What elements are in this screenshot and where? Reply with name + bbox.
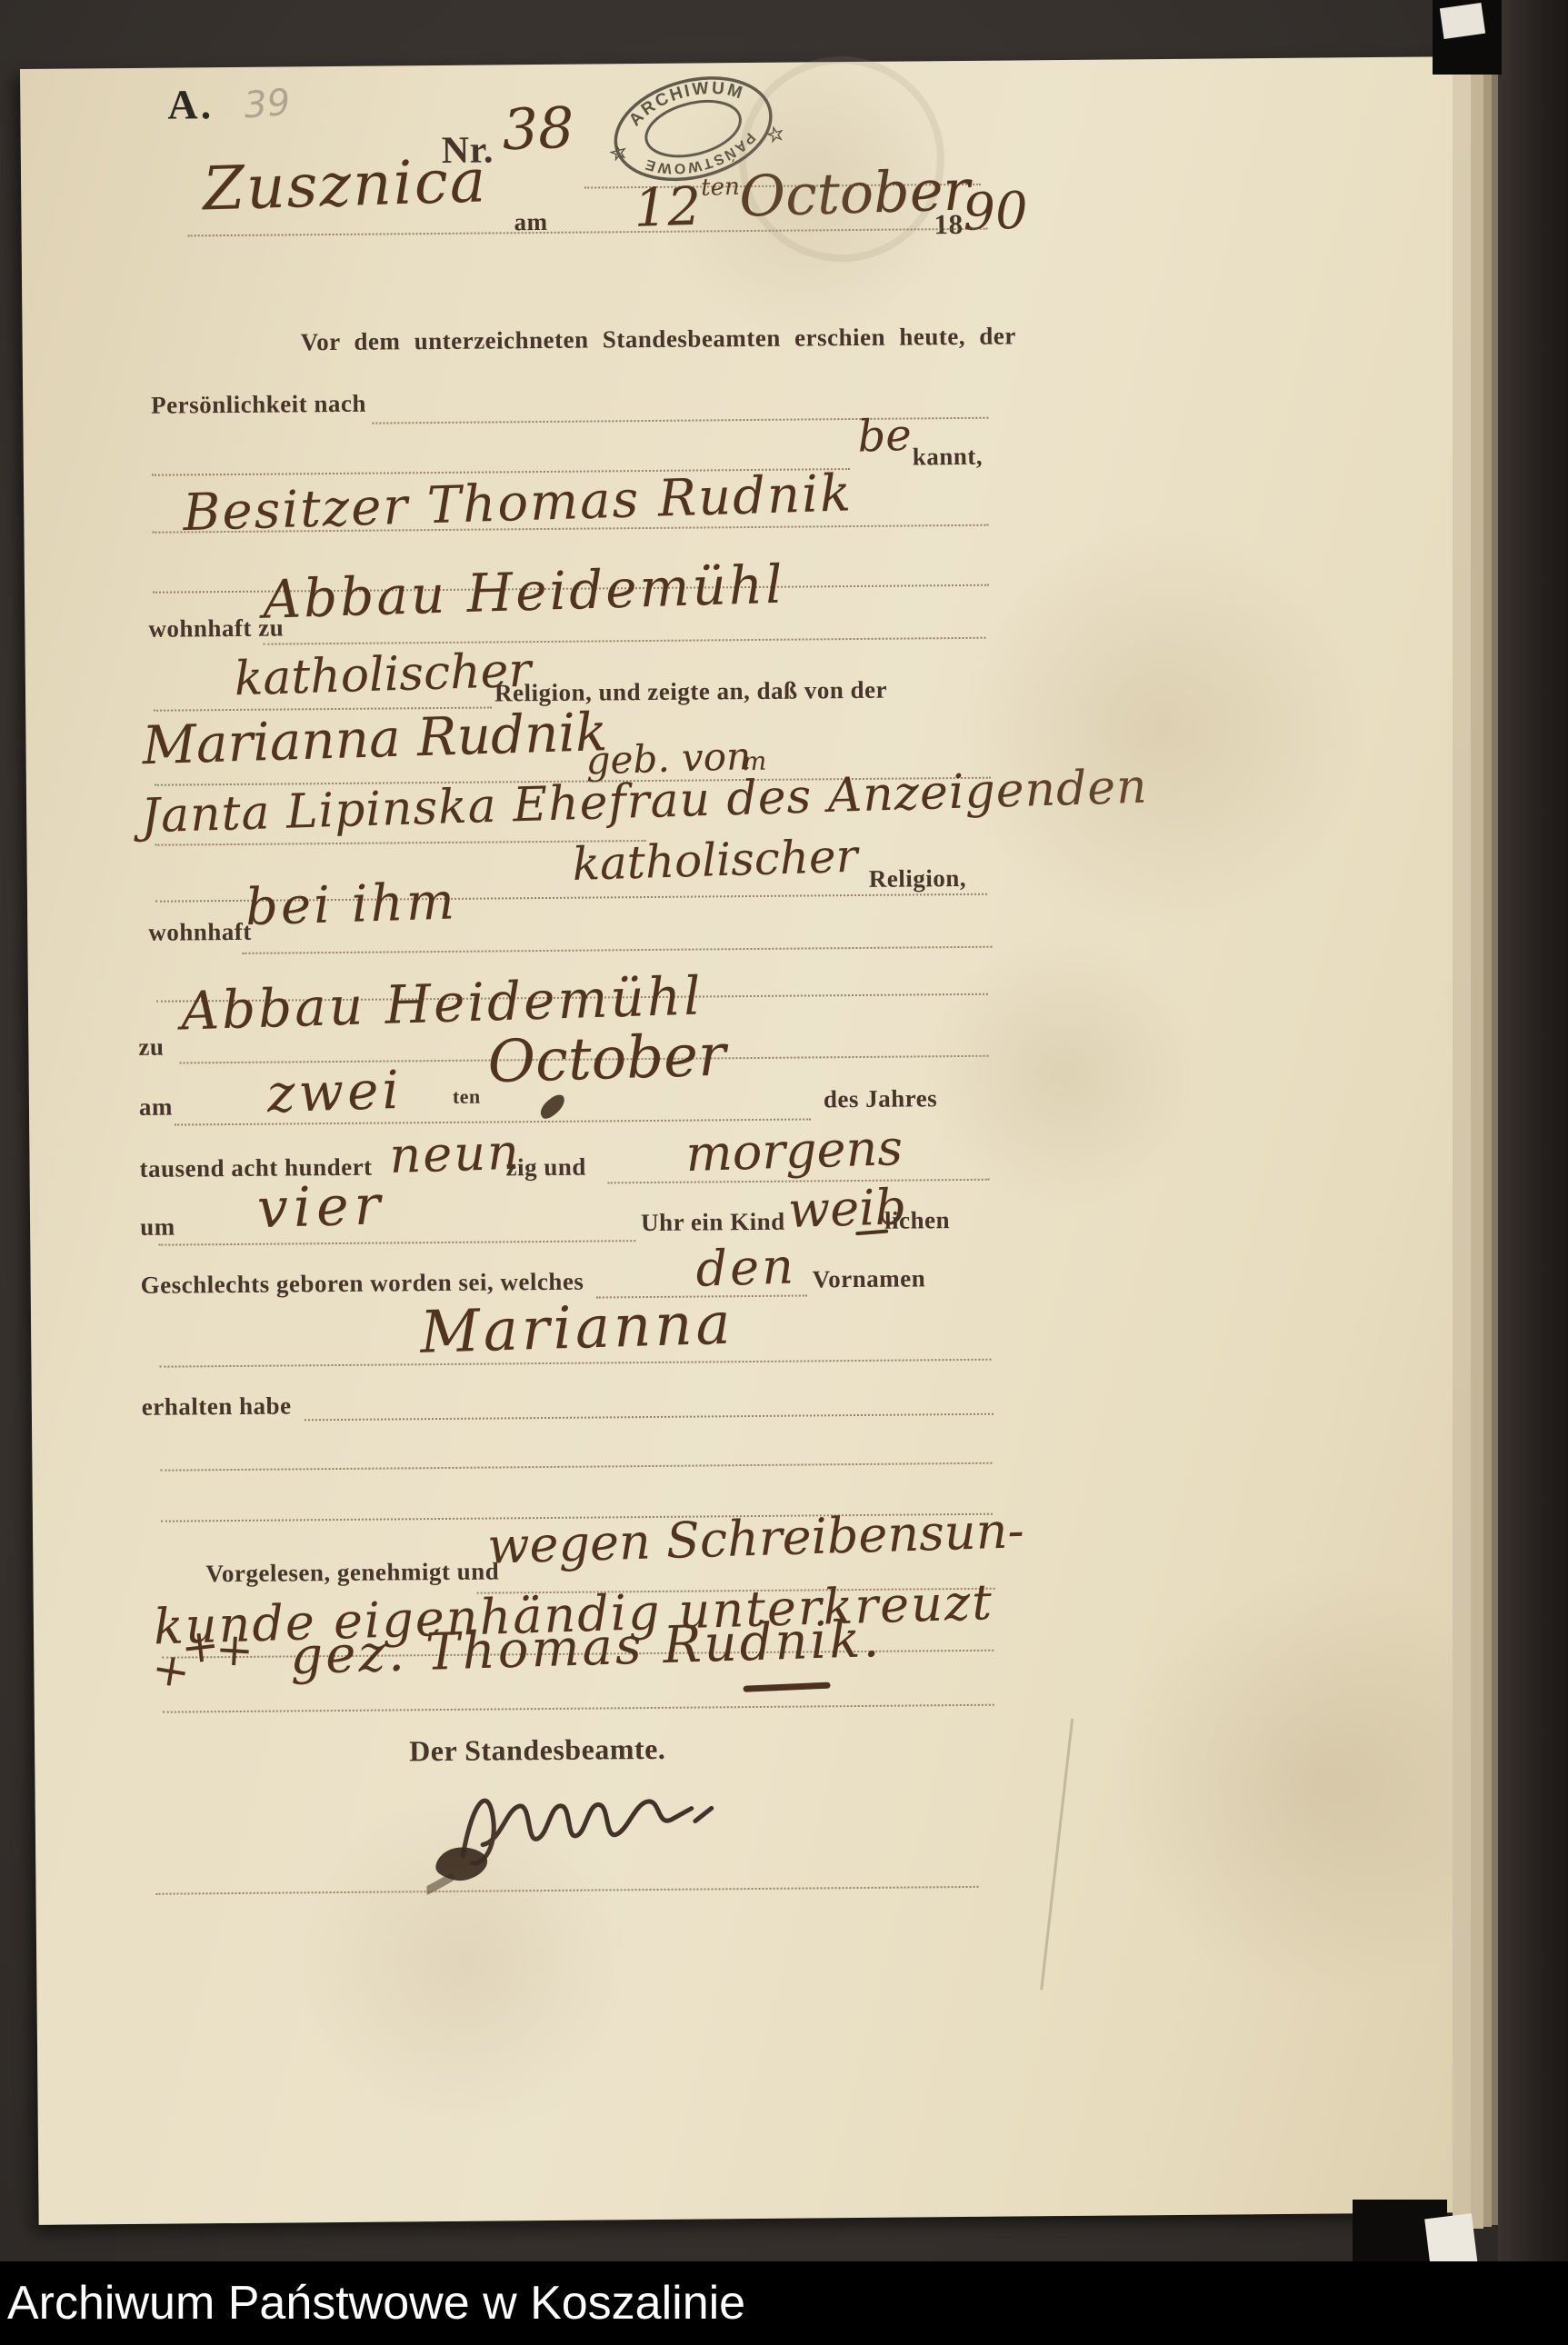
year-prefix-printed: 18: [934, 208, 963, 241]
record-number-value: 38: [502, 95, 575, 163]
registrar-signature-scrawl: [425, 1755, 726, 1903]
time-of-day-handwritten: morgens: [685, 1119, 904, 1182]
kannt-label: kannt,: [913, 443, 984, 472]
photographed-register-scan: A. 39 Nr. 38 ARCHIWUM PAŃSTWOWE ☆ ☆: [0, 0, 1568, 2345]
body-line1: Vor dem unterzeichneten Standesbeamten e…: [301, 322, 1016, 356]
religion2-handwritten: katholischer: [572, 830, 858, 891]
mother-name-handwritten: Marianna Rudnik: [142, 701, 609, 776]
um-label: um: [140, 1213, 175, 1242]
place-name-handwritten: Zusznica: [202, 145, 488, 224]
den-handwritten: den: [695, 1237, 797, 1297]
lichen-label: lichen: [884, 1206, 950, 1235]
child-name-handwritten: Marianna: [419, 1291, 735, 1367]
dotted-line: [158, 1238, 635, 1246]
geschlechts-label: Geschlechts geboren worden sei, welches: [141, 1268, 584, 1300]
certificate-page: A. 39 Nr. 38 ARCHIWUM PAŃSTWOWE ☆ ☆: [20, 56, 1475, 2225]
vornamen-label: Vornamen: [813, 1264, 926, 1293]
hour-handwritten: vier: [256, 1173, 386, 1241]
stamp-star-right: ☆: [764, 121, 787, 147]
dotted-line: [305, 1412, 994, 1422]
bei-ihm-handwritten: bei ihm: [245, 872, 458, 937]
erhalten-habe-label: erhalten habe: [142, 1392, 292, 1421]
page-edge-strip-1: [1453, 60, 1471, 2230]
wohnhaft-label: wohnhaft: [148, 918, 252, 947]
religion1-handwritten: katholischer: [234, 644, 532, 707]
paper-crease: [1040, 1719, 1074, 1990]
religion2-label: Religion,: [869, 864, 967, 893]
book-binding: [1498, 0, 1568, 2345]
birth-day-handwritten: zwei: [266, 1059, 404, 1124]
zig-und-label: zig und: [505, 1153, 586, 1182]
signature-flourish-stroke: [743, 1682, 830, 1692]
dotted-line: [264, 635, 986, 645]
residence-handwritten: Abbau Heidemühl: [262, 554, 785, 631]
page-edge-strip-4: [1492, 71, 1498, 2225]
zu-label: zu: [138, 1033, 164, 1062]
ten-label: ten: [453, 1085, 481, 1109]
reason-line1-handwritten: wegen Schreibensun-: [486, 1502, 1024, 1574]
dotted-line: [242, 944, 992, 954]
day-suffix-handwritten: ten: [701, 174, 740, 202]
stamp-star-left: ☆: [607, 139, 631, 165]
des-jahres-label: des Jahres: [824, 1084, 938, 1113]
form-letter-a: A.: [167, 80, 214, 128]
handmark-cross-3: +: [214, 1622, 255, 1677]
dotted-line: [160, 1461, 992, 1472]
ink-blot: [536, 1092, 569, 1121]
am2-label: am: [139, 1093, 173, 1122]
uhr-ein-kind-label: Uhr ein Kind: [641, 1208, 785, 1237]
archive-caption-bar: Archiwum Państwowe w Koszalinie: [0, 2261, 1568, 2345]
birth-month-handwritten: October: [486, 1023, 726, 1097]
page-edge-strip-2: [1471, 64, 1483, 2229]
dotted-line: [163, 1702, 994, 1713]
clamp-top-paper-sliver: [1440, 3, 1485, 39]
decade-handwritten: neun: [389, 1123, 522, 1184]
pencil-number: 39: [243, 82, 292, 127]
archive-caption-text: Archiwum Państwowe w Koszalinie: [7, 2261, 745, 2345]
year-handwritten: 90: [962, 182, 1028, 243]
be-handwritten: be: [857, 410, 913, 463]
vorgelesen-label: Vorgelesen, genehmigt und: [205, 1557, 499, 1588]
page-edge-strip-3: [1483, 67, 1492, 2227]
body-line2: Persönlichkeit nach: [151, 390, 366, 420]
